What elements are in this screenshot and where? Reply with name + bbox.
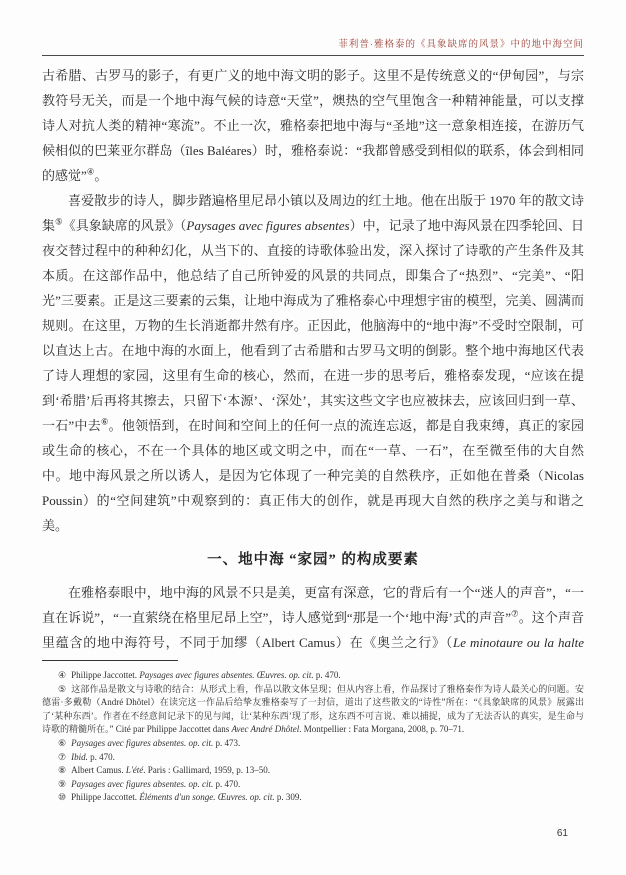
page-content: 菲利普·雅格泰的《具象缺席的风景》中的地中海空间 古希腊、古罗马的影子，有更广义… xyxy=(42,0,584,652)
footnote-rule xyxy=(42,660,178,661)
footnote-number: ⑩ xyxy=(58,792,66,802)
footnote: ⑤这部作品是散文与诗歌的结合：从形式上看，作品以散文体呈现；但从内容上看，作品探… xyxy=(42,683,584,737)
page-number: 61 xyxy=(557,828,568,839)
body-paragraph: 古希腊、古罗马的影子，有更广义的地中海文明的影子。这里不是传统意义的“伊甸园”，… xyxy=(42,63,584,188)
footnote: ④Philippe Jaccottet. Paysages avec figur… xyxy=(42,669,584,683)
footnote-ref: ⑦ xyxy=(511,609,519,619)
footnote-ref: ⑥ xyxy=(101,417,109,427)
footnote-ref: ⑤ xyxy=(55,217,63,227)
footnote-number: ⑧ xyxy=(58,765,66,775)
running-header: 菲利普·雅格泰的《具象缺席的风景》中的地中海空间 xyxy=(42,0,584,50)
footnote-number: ⑦ xyxy=(58,752,66,762)
section-heading: 一、地中海 “家园” 的构成要素 xyxy=(42,546,584,574)
header-rule xyxy=(42,55,584,56)
footnote-number: ⑨ xyxy=(58,779,66,789)
footnote: ⑨Paysages avec figures absentes. op. cit… xyxy=(42,778,584,792)
footnote: ⑧Albert Camus. L'été. Paris : Gallimard,… xyxy=(42,764,584,778)
footnote: ⑥Paysages avec figures absentes. op. cit… xyxy=(42,737,584,751)
footnote-number: ⑤ xyxy=(58,684,66,694)
footnote: ⑩Philippe Jaccottet. Éléments d'un songe… xyxy=(42,791,584,805)
body-paragraph: 喜爱散步的诗人，脚步踏遍格里尼昂小镇以及周边的红土地。他在出版于 1970 年的… xyxy=(42,188,584,538)
journal-page: 菲利普·雅格泰的《具象缺席的风景》中的地中海空间 古希腊、古罗马的影子，有更广义… xyxy=(0,0,626,875)
footnote-number: ④ xyxy=(58,670,66,680)
footnote: ⑦Ibid. p. 470. xyxy=(42,751,584,765)
body-text: 古希腊、古罗马的影子，有更广义的地中海文明的影子。这里不是传统意义的“伊甸园”，… xyxy=(42,63,584,652)
footnotes-section: ④Philippe Jaccottet. Paysages avec figur… xyxy=(42,660,584,805)
footnote-number: ⑥ xyxy=(58,738,66,748)
body-paragraph: 在雅格泰眼中，地中海的风景不只是美，更富有深意，它的背后有一个“迷人的声音”，“… xyxy=(42,580,584,652)
